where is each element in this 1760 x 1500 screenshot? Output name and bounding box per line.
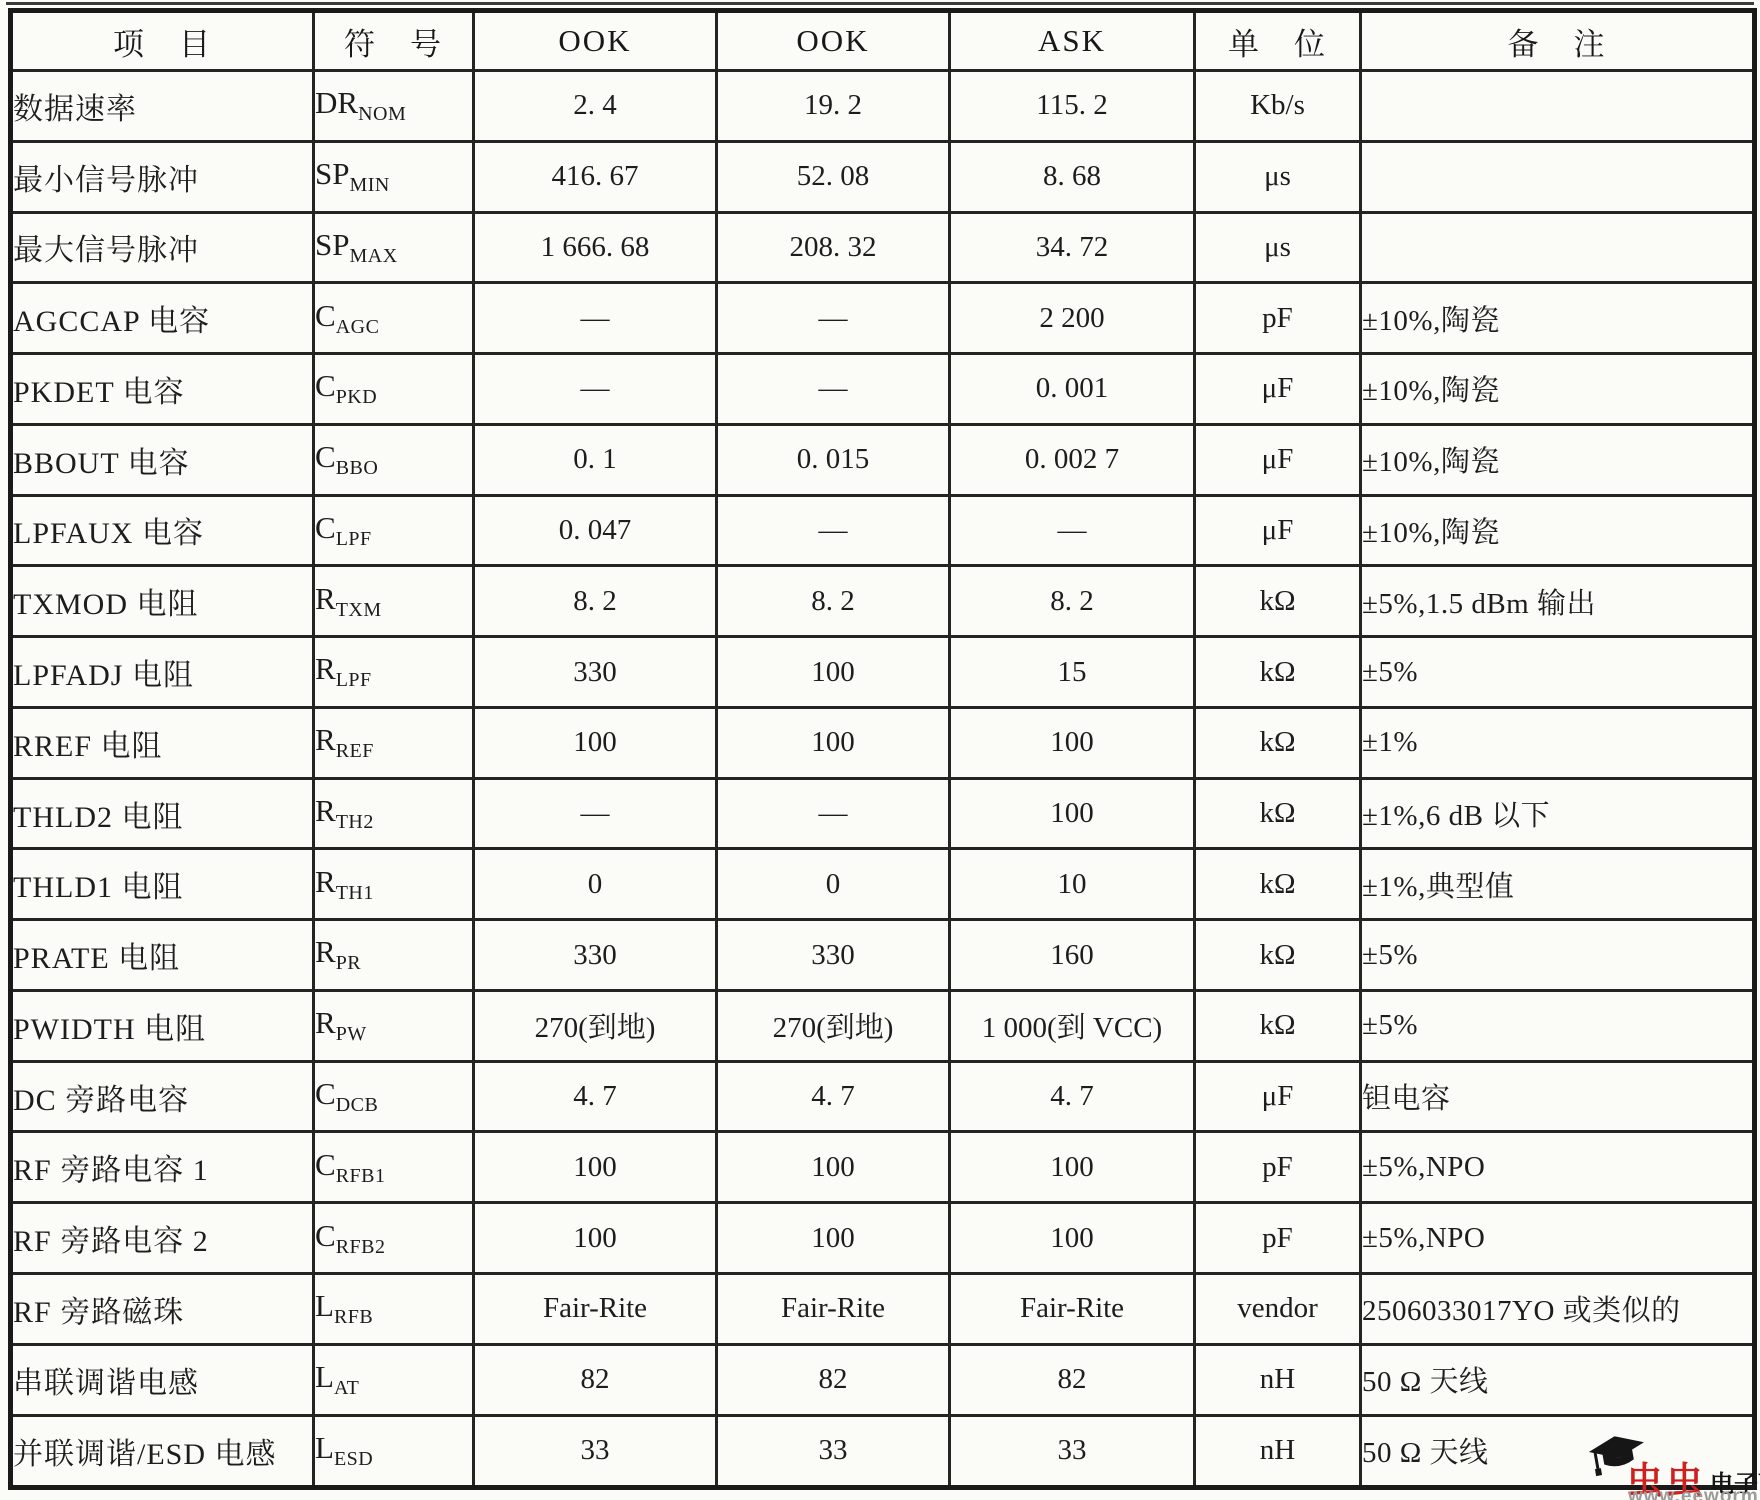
ook1-value-cell: —: [474, 283, 717, 354]
unit-cell: pF: [1195, 1132, 1361, 1203]
table-row: LPFAUX 电容CLPF0. 047——μF±10%,陶瓷: [11, 495, 1755, 566]
scan-artifact-line: [6, 2, 1754, 5]
unit-cell: kΩ: [1195, 849, 1361, 920]
ook1-value-cell: 100: [474, 1132, 717, 1203]
note-cell: ±5%: [1361, 990, 1755, 1061]
symbol-cell: DRNOM: [314, 71, 474, 142]
item-cell: RREF 电阻: [11, 707, 314, 778]
unit-cell: nH: [1195, 1344, 1361, 1415]
ook1-value-cell: —: [474, 354, 717, 425]
symbol-cell: CPKD: [314, 354, 474, 425]
item-cell: RF 旁路电容 2: [11, 1203, 314, 1274]
unit-cell: μF: [1195, 354, 1361, 425]
ook1-value-cell: 270(到地): [474, 990, 717, 1061]
item-cell: 数据速率: [11, 71, 314, 142]
note-cell: ±10%,陶瓷: [1361, 495, 1755, 566]
ask-value-cell: 4. 7: [950, 1061, 1195, 1132]
symbol-main: C: [315, 1218, 336, 1253]
ask-value-cell: 100: [950, 1132, 1195, 1203]
symbol-subscript: TH1: [336, 882, 374, 904]
symbol-cell: LAT: [314, 1344, 474, 1415]
symbol-cell: RREF: [314, 707, 474, 778]
table-row: PKDET 电容CPKD——0. 001μF±10%,陶瓷: [11, 354, 1755, 425]
symbol-main: C: [315, 1147, 336, 1182]
ook2-value-cell: 208. 32: [717, 212, 950, 283]
symbol-cell: LESD: [314, 1415, 474, 1487]
ook2-value-cell: Fair-Rite: [717, 1274, 950, 1345]
header-ook-1: OOK: [474, 11, 717, 71]
note-cell: ±5%: [1361, 920, 1755, 991]
symbol-subscript: ESD: [334, 1448, 373, 1470]
header-ook-2: OOK: [717, 11, 950, 71]
unit-cell: kΩ: [1195, 990, 1361, 1061]
unit-cell: pF: [1195, 283, 1361, 354]
ook2-value-cell: 100: [717, 1132, 950, 1203]
header-item: 项 目: [11, 11, 314, 71]
header-unit: 单 位: [1195, 11, 1361, 71]
ook2-value-cell: 0. 015: [717, 424, 950, 495]
symbol-subscript: MAX: [349, 245, 397, 267]
item-cell: LPFADJ 电阻: [11, 637, 314, 708]
table-row: THLD1 电阻RTH10010kΩ±1%,典型值: [11, 849, 1755, 920]
header-ask: ASK: [950, 11, 1195, 71]
symbol-main: L: [315, 1359, 334, 1394]
symbol-subscript: PW: [336, 1023, 367, 1045]
scanned-datasheet-page: 项 目 符 号 OOK OOK ASK 单 位 备 注 数据速率DRNOM2. …: [0, 0, 1760, 1500]
ask-value-cell: 0. 001: [950, 354, 1195, 425]
symbol-main: L: [315, 1288, 334, 1323]
unit-cell: μF: [1195, 424, 1361, 495]
symbol-main: R: [315, 651, 336, 686]
symbol-main: L: [315, 1430, 334, 1465]
ook1-value-cell: Fair-Rite: [474, 1274, 717, 1345]
symbol-cell: RPW: [314, 990, 474, 1061]
component-spec-table: 项 目 符 号 OOK OOK ASK 单 位 备 注 数据速率DRNOM2. …: [8, 8, 1757, 1490]
note-cell: ±5%,NPO: [1361, 1203, 1755, 1274]
ook1-value-cell: 2. 4: [474, 71, 717, 142]
symbol-cell: CRFB1: [314, 1132, 474, 1203]
ook1-value-cell: 33: [474, 1415, 717, 1487]
unit-cell: kΩ: [1195, 707, 1361, 778]
ask-value-cell: 15: [950, 637, 1195, 708]
item-cell: 串联调谐电感: [11, 1344, 314, 1415]
item-cell: THLD1 电阻: [11, 849, 314, 920]
symbol-main: DR: [315, 85, 358, 120]
ook1-value-cell: 82: [474, 1344, 717, 1415]
symbol-main: R: [315, 864, 336, 899]
ask-value-cell: 8. 2: [950, 566, 1195, 637]
item-cell: TXMOD 电阻: [11, 566, 314, 637]
table-row: PRATE 电阻RPR330330160kΩ±5%: [11, 920, 1755, 991]
table-row: 最大信号脉冲SPMAX1 666. 68208. 3234. 72μs: [11, 212, 1755, 283]
ook1-value-cell: 0. 047: [474, 495, 717, 566]
ask-value-cell: 115. 2: [950, 71, 1195, 142]
item-cell: RF 旁路磁珠: [11, 1274, 314, 1345]
table-row: THLD2 电阻RTH2——100kΩ±1%,6 dB 以下: [11, 778, 1755, 849]
ook2-value-cell: —: [717, 283, 950, 354]
ook2-value-cell: 100: [717, 1203, 950, 1274]
ask-value-cell: 2 200: [950, 283, 1195, 354]
symbol-subscript: RFB: [334, 1306, 373, 1328]
table-row: 并联调谐/ESD 电感LESD333333nH50 Ω 天线: [11, 1415, 1755, 1487]
ask-value-cell: 10: [950, 849, 1195, 920]
ask-value-cell: 82: [950, 1344, 1195, 1415]
symbol-subscript: LPF: [336, 670, 372, 692]
watermark: 虫虫 电子下载站 www.eeworm.com: [1582, 1428, 1760, 1500]
ook2-value-cell: 52. 08: [717, 141, 950, 212]
ook2-value-cell: 270(到地): [717, 990, 950, 1061]
symbol-cell: CLPF: [314, 495, 474, 566]
ask-value-cell: 100: [950, 1203, 1195, 1274]
item-cell: THLD2 电阻: [11, 778, 314, 849]
ask-value-cell: 100: [950, 778, 1195, 849]
symbol-subscript: NOM: [358, 103, 406, 125]
unit-cell: μs: [1195, 141, 1361, 212]
symbol-cell: LRFB: [314, 1274, 474, 1345]
symbol-cell: SPMAX: [314, 212, 474, 283]
header-note: 备 注: [1361, 11, 1755, 71]
note-cell: ±10%,陶瓷: [1361, 283, 1755, 354]
ask-value-cell: 100: [950, 707, 1195, 778]
note-cell: 钽电容: [1361, 1061, 1755, 1132]
ook2-value-cell: —: [717, 778, 950, 849]
ask-value-cell: 1 000(到 VCC): [950, 990, 1195, 1061]
symbol-main: C: [315, 298, 336, 333]
item-cell: PWIDTH 电阻: [11, 990, 314, 1061]
item-cell: BBOUT 电容: [11, 424, 314, 495]
ook1-value-cell: 330: [474, 920, 717, 991]
ook2-value-cell: —: [717, 495, 950, 566]
note-cell: [1361, 212, 1755, 283]
table-header-row: 项 目 符 号 OOK OOK ASK 单 位 备 注: [11, 11, 1755, 71]
symbol-subscript: PR: [336, 953, 361, 975]
note-cell: ±1%,典型值: [1361, 849, 1755, 920]
note-cell: ±10%,陶瓷: [1361, 424, 1755, 495]
symbol-subscript: AT: [334, 1377, 359, 1399]
note-cell: ±1%: [1361, 707, 1755, 778]
table-body: 数据速率DRNOM2. 419. 2115. 2Kb/s最小信号脉冲SPMIN4…: [11, 71, 1755, 1488]
ask-value-cell: 0. 002 7: [950, 424, 1195, 495]
table-row: DC 旁路电容CDCB4. 74. 74. 7μF钽电容: [11, 1061, 1755, 1132]
unit-cell: Kb/s: [1195, 71, 1361, 142]
ook1-value-cell: 1 666. 68: [474, 212, 717, 283]
ask-value-cell: 160: [950, 920, 1195, 991]
symbol-subscript: AGC: [336, 316, 380, 338]
symbol-subscript: PKD: [336, 387, 378, 409]
note-cell: ±5%,NPO: [1361, 1132, 1755, 1203]
symbol-main: C: [315, 1076, 336, 1111]
unit-cell: pF: [1195, 1203, 1361, 1274]
symbol-subscript: REF: [336, 740, 374, 762]
unit-cell: μs: [1195, 212, 1361, 283]
symbol-cell: RTH2: [314, 778, 474, 849]
ook1-value-cell: 416. 67: [474, 141, 717, 212]
symbol-subscript: LPF: [336, 528, 372, 550]
note-cell: ±1%,6 dB 以下: [1361, 778, 1755, 849]
symbol-cell: RPR: [314, 920, 474, 991]
ook2-value-cell: 33: [717, 1415, 950, 1487]
unit-cell: kΩ: [1195, 920, 1361, 991]
item-cell: PRATE 电阻: [11, 920, 314, 991]
unit-cell: μF: [1195, 495, 1361, 566]
symbol-main: R: [315, 722, 336, 757]
symbol-subscript: TXM: [336, 599, 382, 621]
table-row: RF 旁路电容 2CRFB2100100100pF±5%,NPO: [11, 1203, 1755, 1274]
symbol-cell: RLPF: [314, 637, 474, 708]
symbol-subscript: DCB: [336, 1094, 379, 1116]
symbol-cell: RTH1: [314, 849, 474, 920]
ook2-value-cell: 0: [717, 849, 950, 920]
ask-value-cell: Fair-Rite: [950, 1274, 1195, 1345]
note-cell: [1361, 141, 1755, 212]
item-cell: 最小信号脉冲: [11, 141, 314, 212]
symbol-cell: CAGC: [314, 283, 474, 354]
item-cell: 最大信号脉冲: [11, 212, 314, 283]
ook2-value-cell: 8. 2: [717, 566, 950, 637]
ask-value-cell: 34. 72: [950, 212, 1195, 283]
table-row: 串联调谐电感LAT828282nH50 Ω 天线: [11, 1344, 1755, 1415]
symbol-subscript: RFB2: [336, 1236, 386, 1258]
note-cell: ±5%: [1361, 637, 1755, 708]
unit-cell: kΩ: [1195, 566, 1361, 637]
symbol-main: C: [315, 439, 336, 474]
symbol-main: SP: [315, 156, 349, 191]
ook2-value-cell: 82: [717, 1344, 950, 1415]
table-row: 数据速率DRNOM2. 419. 2115. 2Kb/s: [11, 71, 1755, 142]
symbol-subscript: RFB1: [336, 1165, 386, 1187]
ook1-value-cell: 0. 1: [474, 424, 717, 495]
table-row: RREF 电阻RREF100100100kΩ±1%: [11, 707, 1755, 778]
unit-cell: nH: [1195, 1415, 1361, 1487]
item-cell: PKDET 电容: [11, 354, 314, 425]
symbol-main: C: [315, 510, 336, 545]
item-cell: AGCCAP 电容: [11, 283, 314, 354]
ook1-value-cell: 100: [474, 707, 717, 778]
symbol-main: R: [315, 793, 336, 828]
table-row: 最小信号脉冲SPMIN416. 6752. 088. 68μs: [11, 141, 1755, 212]
item-cell: RF 旁路电容 1: [11, 1132, 314, 1203]
unit-cell: μF: [1195, 1061, 1361, 1132]
ook1-value-cell: 330: [474, 637, 717, 708]
symbol-main: R: [315, 934, 336, 969]
symbol-cell: SPMIN: [314, 141, 474, 212]
header-symbol: 符 号: [314, 11, 474, 71]
note-cell: 2506033017YO 或类似的: [1361, 1274, 1755, 1345]
table-row: AGCCAP 电容CAGC——2 200pF±10%,陶瓷: [11, 283, 1755, 354]
ook2-value-cell: —: [717, 354, 950, 425]
note-cell: 50 Ω 天线: [1361, 1344, 1755, 1415]
ask-value-cell: 8. 68: [950, 141, 1195, 212]
ook1-value-cell: —: [474, 778, 717, 849]
symbol-subscript: TH2: [336, 811, 374, 833]
note-cell: ±5%,1.5 dBm 输出: [1361, 566, 1755, 637]
unit-cell: kΩ: [1195, 637, 1361, 708]
symbol-cell: RTXM: [314, 566, 474, 637]
table-row: RF 旁路电容 1CRFB1100100100pF±5%,NPO: [11, 1132, 1755, 1203]
symbol-subscript: BBO: [336, 457, 379, 479]
item-cell: DC 旁路电容: [11, 1061, 314, 1132]
ook1-value-cell: 4. 7: [474, 1061, 717, 1132]
ook2-value-cell: 19. 2: [717, 71, 950, 142]
unit-cell: vendor: [1195, 1274, 1361, 1345]
ook2-value-cell: 4. 7: [717, 1061, 950, 1132]
symbol-cell: CRFB2: [314, 1203, 474, 1274]
table-row: PWIDTH 电阻RPW270(到地)270(到地)1 000(到 VCC)kΩ…: [11, 990, 1755, 1061]
watermark-url: www.eeworm.com: [1628, 1486, 1760, 1500]
symbol-main: C: [315, 368, 336, 403]
ook1-value-cell: 0: [474, 849, 717, 920]
table-row: TXMOD 电阻RTXM8. 28. 28. 2kΩ±5%,1.5 dBm 输出: [11, 566, 1755, 637]
item-cell: 并联调谐/ESD 电感: [11, 1415, 314, 1487]
item-cell: LPFAUX 电容: [11, 495, 314, 566]
table-row: LPFADJ 电阻RLPF33010015kΩ±5%: [11, 637, 1755, 708]
ook2-value-cell: 100: [717, 637, 950, 708]
note-cell: [1361, 71, 1755, 142]
ook2-value-cell: 330: [717, 920, 950, 991]
ook2-value-cell: 100: [717, 707, 950, 778]
ask-value-cell: —: [950, 495, 1195, 566]
ask-value-cell: 33: [950, 1415, 1195, 1487]
symbol-main: R: [315, 581, 336, 616]
symbol-main: R: [315, 1005, 336, 1040]
symbol-main: SP: [315, 227, 349, 262]
unit-cell: kΩ: [1195, 778, 1361, 849]
symbol-cell: CBBO: [314, 424, 474, 495]
symbol-subscript: MIN: [349, 174, 389, 196]
note-cell: ±10%,陶瓷: [1361, 354, 1755, 425]
table-row: RF 旁路磁珠LRFBFair-RiteFair-RiteFair-Riteve…: [11, 1274, 1755, 1345]
ook1-value-cell: 8. 2: [474, 566, 717, 637]
table-row: BBOUT 电容CBBO0. 10. 0150. 002 7μF±10%,陶瓷: [11, 424, 1755, 495]
symbol-cell: CDCB: [314, 1061, 474, 1132]
ook1-value-cell: 100: [474, 1203, 717, 1274]
